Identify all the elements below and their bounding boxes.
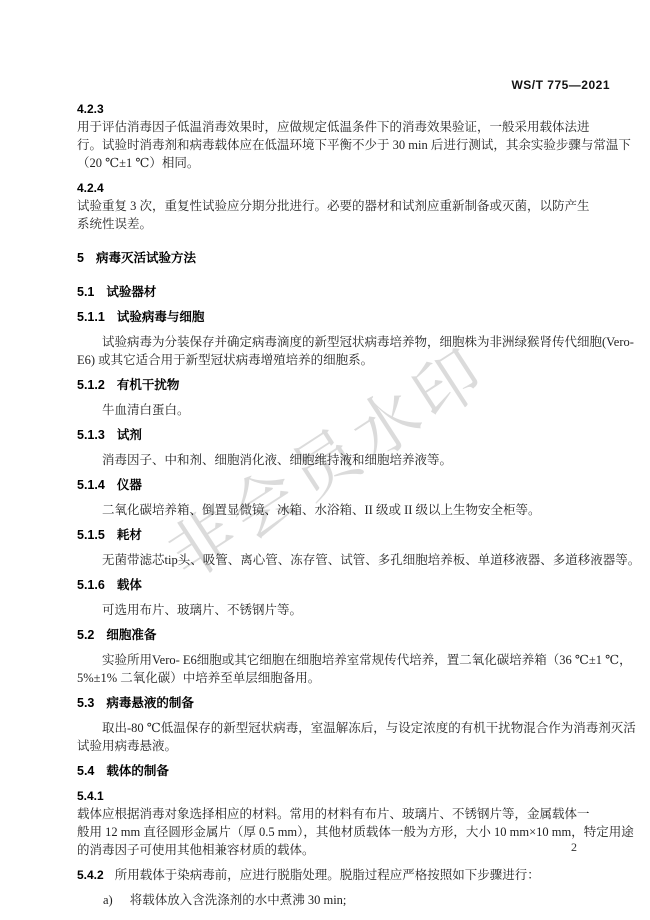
- paragraph-text: 取出-80 ℃低温保存的新型冠状病毒，室温解冻后，与设定浓度的有机干扰物混合作为…: [77, 721, 636, 753]
- heading-5-2: 5.2细胞准备: [77, 626, 622, 644]
- heading-title: 载体的制备: [106, 764, 169, 778]
- paragraph-text: 无菌带滤芯tip头、吸管、离心管、冻存管、试管、多孔细胞培养板、单道移液器、多道…: [102, 553, 640, 567]
- heading-number: 5: [77, 251, 84, 265]
- paragraph-text: 二氧化碳培养箱、倒置显微镜、冰箱、水浴箱、II 级或 II 级以上生物安全柜等。: [102, 503, 541, 517]
- heading-number: 5.1.6: [77, 578, 105, 592]
- paragraph-virus-cells: 试验病毒为分装保存并确定病毒滴度的新型冠状病毒培养物，细胞株为非洲绿猴肾传代细胞…: [77, 333, 622, 369]
- clause-5-4-2: 5.4.2所用载体于染病毒前，应进行脱脂处理。脱脂过程应严格按照如下步骤进行：: [77, 866, 622, 884]
- heading-number: 5.2: [77, 628, 94, 642]
- heading-title: 病毒悬液的制备: [106, 696, 194, 710]
- list-item-label: a): [103, 893, 113, 907]
- clause-text: 载体应根据消毒对象选择相应的材料。常用的材料有布片、玻璃片、不锈钢片等，金属载体…: [77, 807, 634, 857]
- clause-number: 4.2.4: [77, 181, 104, 195]
- clause-text: 所用载体于染病毒前，应进行脱脂处理。脱脂过程应严格按照如下步骤进行：: [115, 868, 540, 882]
- heading-5-1-5: 5.1.5耗材: [77, 526, 622, 544]
- heading-number: 5.1.2: [77, 378, 105, 392]
- paragraph-text: 试验病毒为分装保存并确定病毒滴度的新型冠状病毒培养物，细胞株为非洲绿猴肾传代细胞…: [77, 335, 634, 367]
- clause-4-2-3: 4.2.3用于评估消毒因子低温消毒效果时，应做规定低温条件下的消毒效果验证，一般…: [77, 100, 622, 172]
- paragraph-text: 牛血清白蛋白。: [102, 403, 190, 417]
- paragraph-cell-preparation: 实验所用Vero- E6细胞或其它细胞在细胞培养室常规传代培养，置二氧化碳培养箱…: [77, 651, 622, 687]
- heading-number: 5.1.3: [77, 428, 105, 442]
- heading-5-1-2: 5.1.2有机干扰物: [77, 376, 622, 394]
- heading-title: 病毒灭活试验方法: [96, 251, 196, 265]
- heading-number: 5.1.4: [77, 478, 105, 492]
- heading-number: 5.1: [77, 285, 94, 299]
- list-item-text: 将载体放入含洗涤剂的水中煮沸 30 min;: [130, 893, 347, 907]
- heading-number: 5.1.5: [77, 528, 105, 542]
- heading-5-3: 5.3病毒悬液的制备: [77, 694, 622, 712]
- heading-5-1-3: 5.1.3试剂: [77, 426, 622, 444]
- paragraph-carriers: 可选用布片、玻璃片、不锈钢片等。: [77, 601, 622, 619]
- heading-number: 5.1.1: [77, 310, 105, 324]
- paragraph-text: 消毒因子、中和剂、细胞消化液、细胞维持液和细胞培养液等。: [102, 453, 452, 467]
- paragraph-consumables: 无菌带滤芯tip头、吸管、离心管、冻存管、试管、多孔细胞培养板、单道移液器、多道…: [77, 551, 622, 569]
- heading-title: 耗材: [117, 528, 142, 542]
- clause-number: 5.4.2: [77, 868, 104, 882]
- paragraph-organic-interference: 牛血清白蛋白。: [77, 401, 622, 419]
- paragraph-virus-suspension: 取出-80 ℃低温保存的新型冠状病毒，室温解冻后，与设定浓度的有机干扰物混合作为…: [77, 719, 622, 755]
- clause-text: 试验重复 3 次，重复性试验应分期分批进行。必要的器材和试剂应重新制备或灭菌，以…: [77, 199, 590, 231]
- heading-title: 仪器: [117, 478, 142, 492]
- clause-number: 5.4.1: [77, 789, 104, 803]
- clause-number: 4.2.3: [77, 102, 104, 116]
- heading-5-1-1: 5.1.1试验病毒与细胞: [77, 308, 622, 326]
- document-page: 非会员水印 WS/T 775—2021 4.2.3用于评估消毒因子低温消毒效果时…: [0, 0, 650, 920]
- paragraph-text: 可选用布片、玻璃片、不锈钢片等。: [102, 603, 302, 617]
- heading-title: 试剂: [117, 428, 142, 442]
- paragraph-reagents: 消毒因子、中和剂、细胞消化液、细胞维持液和细胞培养液等。: [77, 451, 622, 469]
- heading-5-1: 5.1试验器材: [77, 283, 622, 301]
- heading-title: 有机干扰物: [117, 378, 180, 392]
- paragraph-instruments: 二氧化碳培养箱、倒置显微镜、冰箱、水浴箱、II 级或 II 级以上生物安全柜等。: [77, 501, 622, 519]
- heading-title: 试验器材: [106, 285, 156, 299]
- heading-5: 5病毒灭活试验方法: [77, 249, 622, 267]
- heading-title: 细胞准备: [106, 628, 156, 642]
- heading-number: 5.3: [77, 696, 94, 710]
- clause-text: 用于评估消毒因子低温消毒效果时，应做规定低温条件下的消毒效果验证，一般采用载体法…: [77, 120, 631, 170]
- standard-code-header: WS/T 775—2021: [77, 78, 610, 92]
- page-number: 2: [571, 840, 577, 855]
- heading-5-1-4: 5.1.4仪器: [77, 476, 622, 494]
- heading-number: 5.4: [77, 764, 94, 778]
- document-content: WS/T 775—2021 4.2.3用于评估消毒因子低温消毒效果时，应做规定低…: [77, 78, 622, 916]
- clause-4-2-4: 4.2.4试验重复 3 次，重复性试验应分期分批进行。必要的器材和试剂应重新制备…: [77, 179, 622, 233]
- heading-title: 载体: [117, 578, 142, 592]
- clause-5-4-1: 5.4.1载体应根据消毒对象选择相应的材料。常用的材料有布片、玻璃片、不锈钢片等…: [77, 787, 622, 859]
- heading-5-1-6: 5.1.6载体: [77, 576, 622, 594]
- list-item-a: a)将载体放入含洗涤剂的水中煮沸 30 min;: [77, 891, 622, 909]
- heading-title: 试验病毒与细胞: [117, 310, 205, 324]
- paragraph-text: 实验所用Vero- E6细胞或其它细胞在细胞培养室常规传代培养，置二氧化碳培养箱…: [77, 653, 632, 685]
- heading-5-4: 5.4载体的制备: [77, 762, 622, 780]
